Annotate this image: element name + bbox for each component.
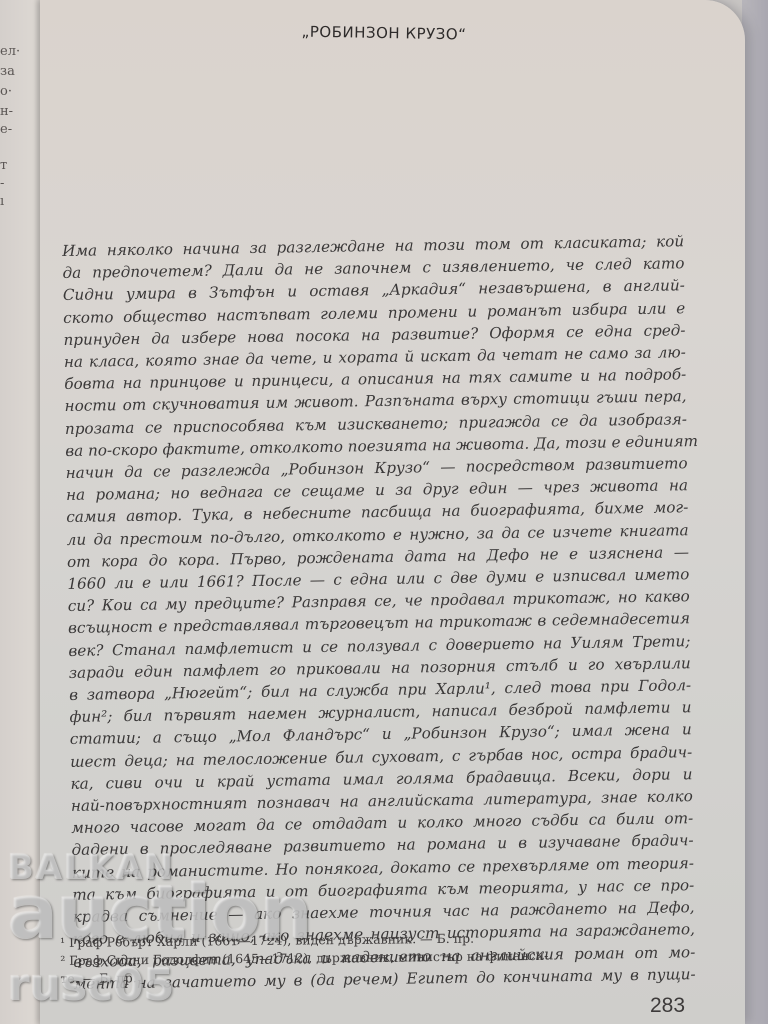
watermark-seller: rusc05 bbox=[8, 960, 175, 1011]
page-number: 283 bbox=[650, 994, 685, 1018]
background-cloth bbox=[742, 0, 768, 1024]
watermark-logo: auction bbox=[8, 870, 312, 956]
